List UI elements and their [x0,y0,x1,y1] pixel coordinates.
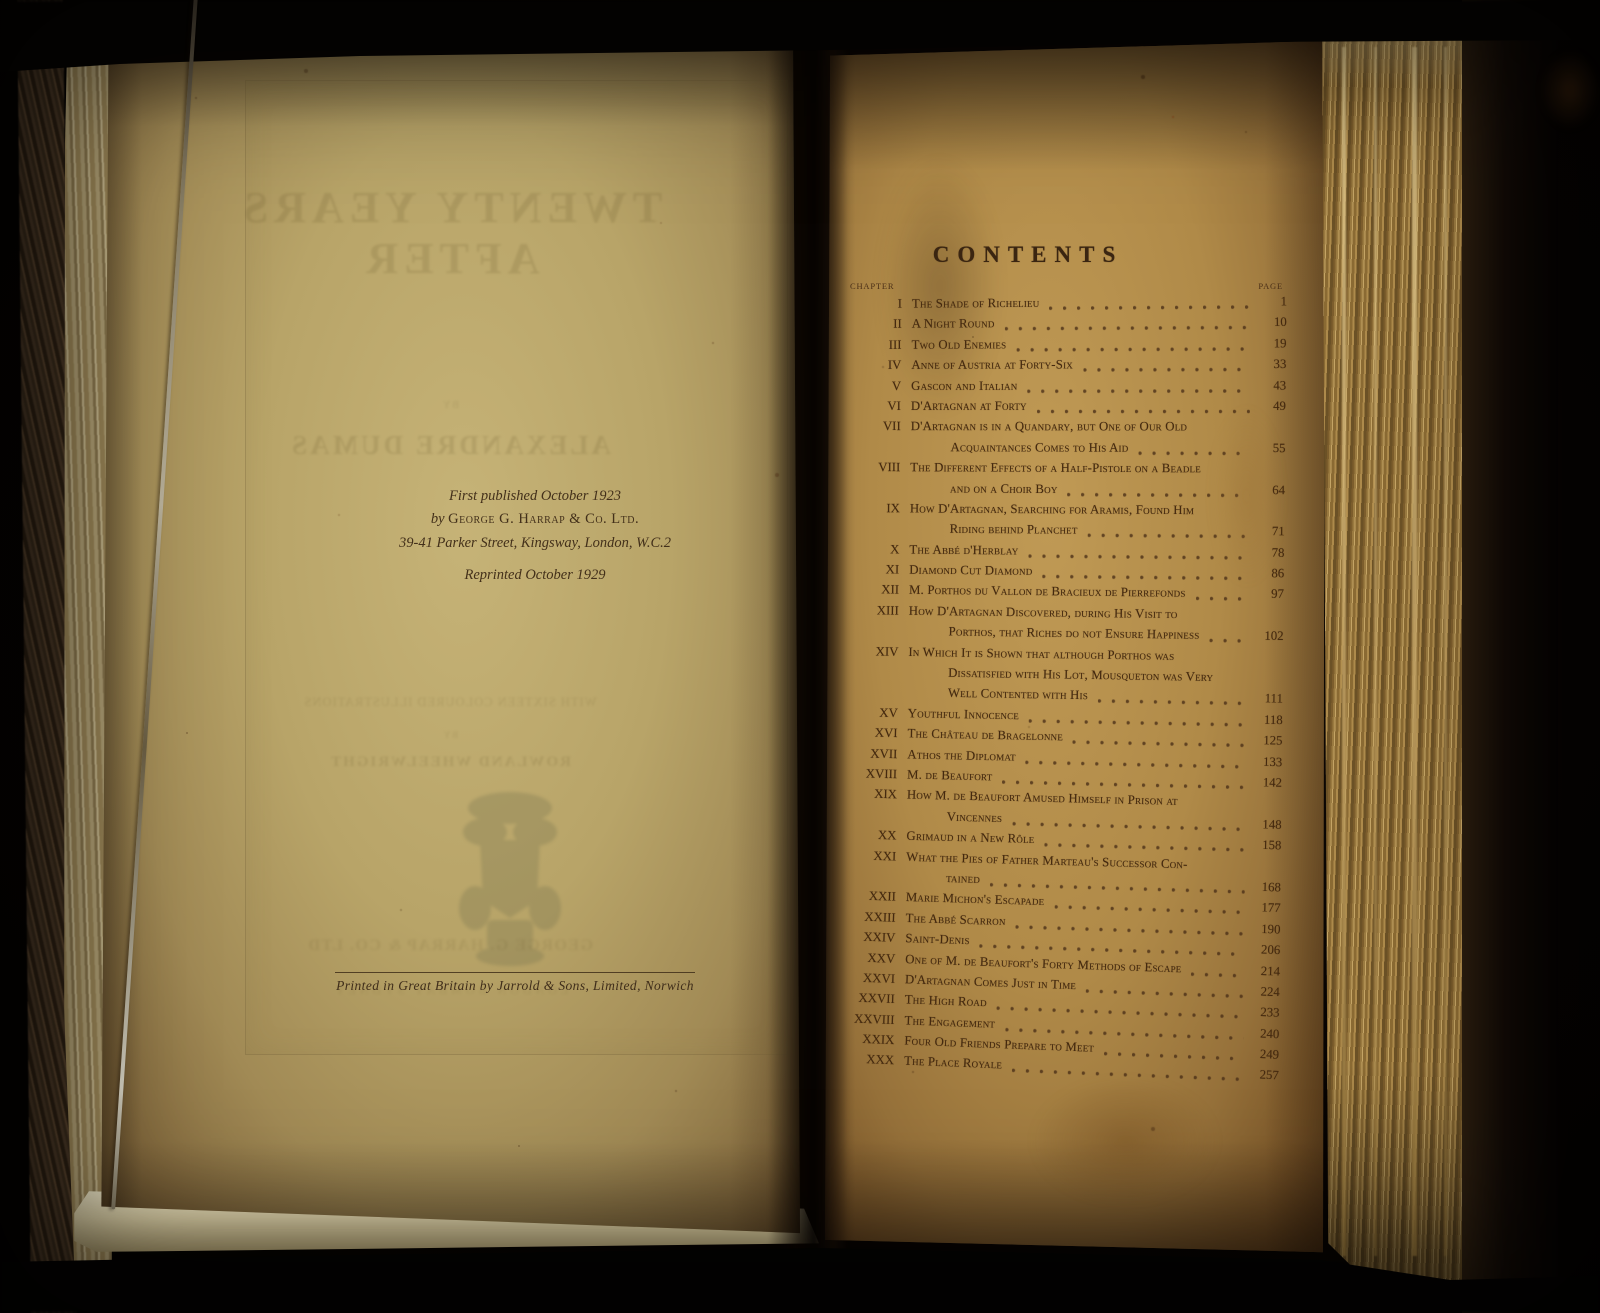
page-stain [1212,406,1282,586]
toc-entry: IIA Night Round10 [846,315,1287,338]
chapter-numeral: XXVIII [838,1011,905,1028]
colophon-text: Printed in Great Britain by Jarrold & So… [235,978,795,994]
chapter-title: Well Contented with His [948,686,1088,703]
chapter-page-number: 177 [1246,900,1280,916]
showthrough-by-label: BY [155,400,745,411]
chapter-page-number: 111 [1249,691,1283,707]
chapter-page-number: 102 [1249,629,1283,644]
chapter-page-number: 19 [1253,336,1287,351]
chapter-title: Gascon and Italian [911,378,1017,393]
chapter-page-number: 214 [1246,963,1280,979]
chapter-title: The Abbé d'Herblay [909,542,1018,558]
chapter-page-number: 148 [1247,817,1281,833]
chapter-page-number: 1 [1253,294,1287,309]
book-cover-right [1462,0,1558,1313]
fore-edge-streak [1412,47,1417,1255]
chapter-page-number: 158 [1247,838,1281,854]
chapter-title: Riding behind Planchet [950,522,1078,538]
chapter-page-number: 206 [1246,942,1280,958]
chapter-numeral: XV [842,705,908,721]
chapter-page-number: 257 [1245,1067,1280,1083]
chapter-title: Two Old Enemies [912,337,1007,352]
book-gutter-shadow [768,28,848,1266]
chapter-numeral: IV [845,358,911,373]
chapter-numeral: XVII [841,746,907,762]
chapter-title: Grimaud in a New Rôle [906,829,1034,847]
fore-edge-page-block [1316,22,1468,1294]
chapter-numeral: II [846,317,912,332]
dot-leader [1049,305,1251,311]
fore-edge-streak [1342,47,1346,1255]
showthrough-illustrator: ROWLAND WHEELWRIGHT [155,754,745,771]
chapter-numeral: X [843,542,909,558]
dot-leader [1005,326,1251,332]
dot-leader [1104,1052,1243,1062]
dot-leader [1209,639,1247,645]
chapter-numeral: XXVII [839,990,905,1007]
chapter-numeral: XI [843,562,909,578]
chapter-numeral: XXIX [838,1031,905,1048]
chapter-page-number: 233 [1245,1005,1280,1021]
chapter-title: The Château de Bragelonne [907,727,1063,745]
chapter-numeral: III [846,338,912,353]
chapter-title: The Place Royale [904,1054,1003,1073]
chapter-numeral: XIV [842,644,908,660]
chapter-numeral: XXV [839,950,905,967]
publication-publisher-line: by George G. Harrap & Co. Ltd. [305,508,765,531]
chapter-title: Dissatisfied with His Lot, Mousqueton wa… [948,666,1213,685]
toc-entry: IIITwo Old Enemies19 [846,336,1287,358]
chapter-title: Vincennes [946,809,1002,825]
chapter-numeral: VI [845,399,911,414]
chapter-page-number: 168 [1247,879,1281,895]
showthrough-book-title: TWENTY YEARS AFTER [155,182,745,284]
printer-colophon: Printed in Great Britain by Jarrold & So… [235,972,795,994]
chapter-numeral: XXIV [839,929,905,946]
chapter-numeral: XXII [840,888,906,905]
chapter-title: The Abbé Scarron [905,911,1005,929]
chapter-title: The Different Effects of a Half-Pistole … [910,460,1201,476]
publication-info-block: First published October 1923 by George G… [305,485,765,588]
chapter-title: The Engagement [904,1013,995,1031]
toc-entry: IVAnne of Austria at Forty-Six33 [845,357,1286,378]
dot-leader [1083,368,1250,373]
publication-reprinted: Reprinted October 1929 [305,564,765,587]
chapter-numeral: V [845,378,911,393]
chapter-page-number: 190 [1246,921,1280,937]
contents-column-headers: CHAPTER PAGE [850,281,1283,291]
dot-leader [1054,905,1245,916]
dot-leader [1016,347,1250,353]
chapter-page-number: 118 [1249,712,1283,728]
left-page-imprint[interactable]: TWENTY YEARS AFTER BY ALEXANDRE DUMAS WI… [100,42,800,1250]
contents-title: CONTENTS [820,242,1236,268]
chapter-title: In Which It is Shown that although Porth… [908,645,1174,664]
chapter-page-number: 133 [1248,754,1282,770]
chapter-title: D'Artagnan is in a Quandary, but One of … [911,419,1187,434]
chapter-title: D'Artagnan at Forty [911,399,1027,414]
chapter-numeral: XIX [841,786,907,803]
publication-address: 39-41 Parker Street, Kingsway, London, W… [305,532,765,555]
publication-by: by [431,511,448,527]
chapter-numeral: XII [843,582,909,598]
showthrough-by-label-2: BY [155,730,745,740]
chapter-title: Diamond Cut Diamond [909,563,1032,579]
chapter-title: Marie Michon's Escapade [906,890,1045,909]
chapter-page-number: 142 [1248,775,1282,791]
chapter-title: The Shade of Richelieu [912,296,1040,312]
chapter-title: Youthful Innocence [908,706,1020,723]
dot-leader [1044,843,1245,853]
dot-leader [1191,972,1244,979]
chapter-page-number: 33 [1252,357,1286,372]
chapter-page-number: 224 [1246,984,1280,1000]
publication-first-published: First published October 1923 [305,485,765,508]
toc-entry: VGascon and Italian43 [845,378,1286,399]
chapter-numeral: IX [844,501,910,516]
chapter-page-number: 10 [1253,315,1287,330]
chapter-page-number: 240 [1245,1026,1280,1042]
chapter-title: Acquaintances Comes to His Aid [950,440,1128,455]
chapter-numeral: VII [845,419,911,434]
publication-publisher: George G. Harrap & Co. Ltd. [448,511,639,527]
cover-corner-highlight [1540,50,1600,130]
toc-entry: IThe Shade of Richelieu1 [846,294,1287,317]
chapter-title: M. de Beaufort [907,767,993,784]
chapter-numeral: XXIII [839,909,905,926]
chapter-title: tained [946,871,980,887]
colophon-rule [335,972,695,973]
chapter-title: How D'Artagnan Discovered, during His Vi… [909,604,1178,622]
fore-edge-streak [1444,47,1447,1255]
chapter-page-number: 125 [1248,733,1282,749]
chapter-title: Athos the Diplomat [907,747,1016,764]
dot-leader [1196,597,1248,603]
chapter-numeral: XX [840,827,906,844]
chapter-numeral: XVIII [841,766,907,782]
chapter-page-number: 43 [1252,378,1286,393]
chapter-title: Anne of Austria at Forty-Six [911,358,1073,373]
dot-leader [1002,780,1246,790]
chapter-numeral: VIII [844,460,910,475]
chapter-page-number: 249 [1245,1047,1280,1063]
chapter-numeral: XXI [840,848,906,865]
chapter-title: How D'Artagnan, Searching for Aramis, Fo… [910,501,1194,518]
contents-page[interactable]: CONTENTS CHAPTER PAGE IThe Shade of Rich… [820,36,1325,1262]
chapter-title: A Night Round [912,317,995,332]
chapter-column-label: CHAPTER [850,281,894,291]
chapter-numeral: XIII [843,603,909,619]
page-column-label: PAGE [1258,281,1283,291]
chapter-page-number: 97 [1250,587,1284,602]
chapter-title: Porthos, that Riches do not Ensure Happi… [948,625,1199,643]
page-stain [1030,1076,1220,1206]
chapter-numeral: XVI [841,725,907,741]
showthrough-illustrations-note: WITH SIXTEEN COLOURED ILLUSTRATIONS [155,695,745,710]
chapter-title: M. Porthos du Vallon de Bracieux de Pier… [909,583,1186,601]
chapter-numeral: I [846,297,912,312]
chapter-title: Saint-Denis [905,931,970,948]
chapter-numeral: XXVI [839,970,905,987]
dot-leader [1012,821,1246,832]
open-book-photo: TWENTY YEARS AFTER BY ALEXANDRE DUMAS WI… [0,0,1600,1313]
fore-edge-streak [1374,47,1377,1255]
showthrough-author: ALEXANDRE DUMAS [155,430,745,461]
chapter-title: The High Road [905,993,988,1011]
dot-leader [1073,740,1247,748]
dot-leader [1026,760,1247,770]
dot-leader [1098,699,1247,707]
dot-leader [1027,388,1250,393]
dot-leader [1029,719,1247,728]
chapter-title: and on a Choir Boy [950,481,1058,497]
showthrough-publisher: GEORGE G. HARRAP & CO. LTD [155,937,745,955]
dot-leader [1086,989,1244,999]
